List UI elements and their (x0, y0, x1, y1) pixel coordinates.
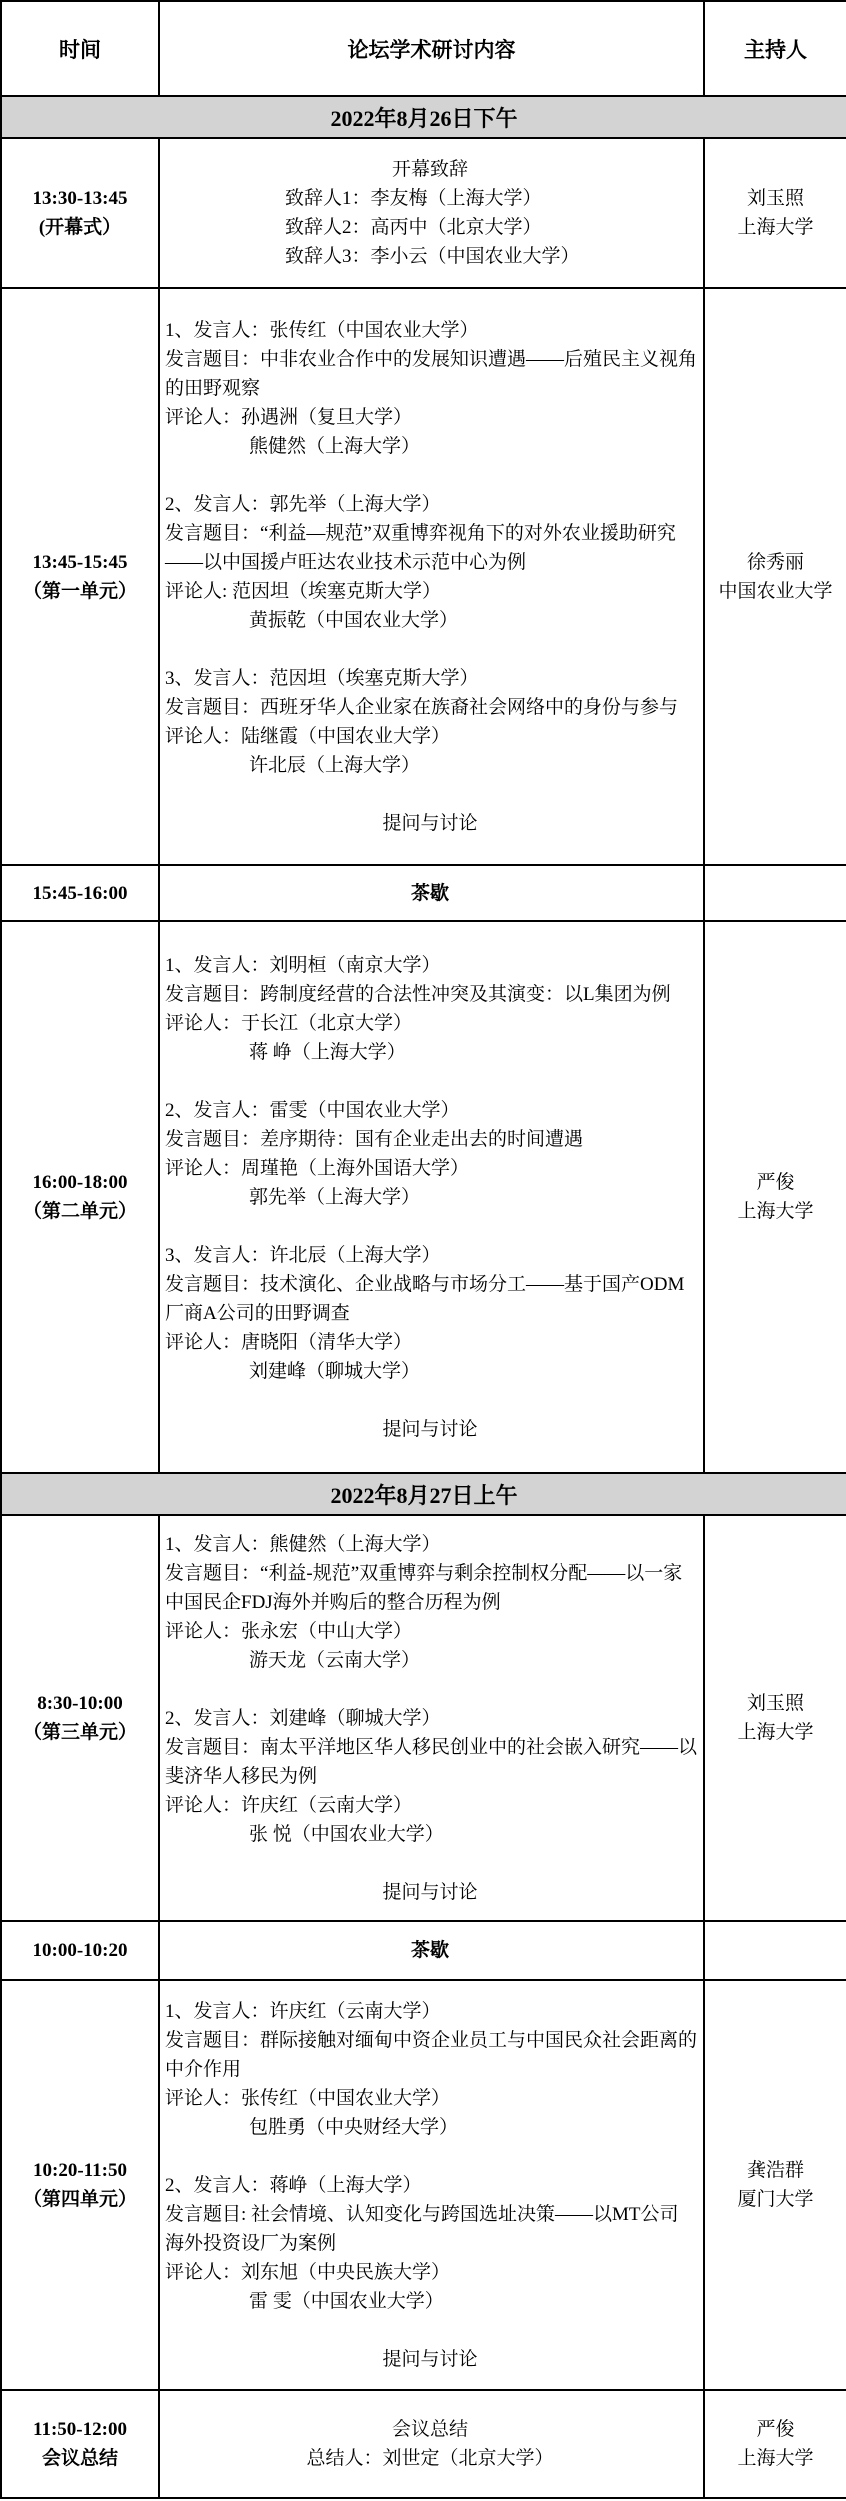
session-row: 13:30-13:45(开幕式）开幕致辞致辞人1：李友梅（上海大学）致辞人2：高… (1, 138, 846, 288)
time-line: 11:50-12:00 (4, 2415, 156, 2444)
host-line: 中国农业大学 (707, 577, 844, 606)
content-line: 提问与讨论 (163, 809, 697, 838)
host-line: 刘玉照 (707, 1689, 844, 1718)
host-cell (704, 865, 846, 921)
content-cell: 1、发言人：熊健然（上海大学）发言题目：“利益-规范”双重博弈与剩余控制权分配—… (159, 1515, 704, 1921)
content-line: 2、发言人：雷雯（中国农业大学） (163, 1096, 697, 1125)
content-gap (163, 2316, 697, 2345)
header-host: 主持人 (704, 1, 846, 96)
time-line: 13:45-15:45 (4, 548, 156, 577)
content-line: 评论人：孙遇洲（复旦大学） (163, 403, 697, 432)
session-row: 11:50-12:00会议总结会议总结总结人：刘世定（北京大学）严俊上海大学 (1, 2390, 846, 2498)
content-line: 许北辰（上海大学） (163, 751, 697, 780)
agenda-table: 时间 论坛学术研讨内容 主持人 2022年8月26日下午13:30-13:45(… (0, 0, 846, 2499)
time-line: （第三单元） (4, 1718, 156, 1747)
host-cell: 徐秀丽中国农业大学 (704, 288, 846, 865)
content-cell: 会议总结总结人：刘世定（北京大学） (159, 2390, 704, 2498)
session-row: 13:45-15:45（第一单元）1、发言人：张传红（中国农业大学）发言题目：中… (1, 288, 846, 865)
content-line: 提问与讨论 (163, 1415, 697, 1444)
time-cell: 13:30-13:45(开幕式） (1, 138, 159, 288)
time-line: （第四单元） (4, 2185, 156, 2214)
content-line: 评论人：于长江（北京大学） (163, 1009, 697, 1038)
content-cell: 1、发言人：张传红（中国农业大学）发言题目：中非农业合作中的发展知识遭遇——后殖… (159, 288, 704, 865)
content-line: 致辞人3：李小云（中国农业大学） (163, 242, 697, 271)
content-line: 熊健然（上海大学） (163, 432, 697, 461)
content-line: 发言题目：差序期待：国有企业走出去的时间遭遇 (163, 1125, 697, 1154)
content-line: 茶歇 (163, 879, 697, 908)
content-line: 包胜勇（中央财经大学） (163, 2113, 697, 2142)
content-line: 发言题目：跨制度经营的合法性冲突及其演变：以L集团为例 (163, 980, 697, 1009)
content-line: 蒋 峥（上海大学） (163, 1038, 697, 1067)
content-gap (163, 780, 697, 809)
date-section-label: 2022年8月27日上午 (1, 1473, 846, 1515)
time-cell: 13:45-15:45（第一单元） (1, 288, 159, 865)
content-cell: 茶歇 (159, 1921, 704, 1980)
host-cell: 龚浩群厦门大学 (704, 1980, 846, 2390)
content-cell: 开幕致辞致辞人1：李友梅（上海大学）致辞人2：高丙中（北京大学）致辞人3：李小云… (159, 138, 704, 288)
content-line: 发言题目：西班牙华人企业家在族裔社会网络中的身份与参与 (163, 693, 697, 722)
host-line: 严俊 (707, 2415, 844, 2444)
content-line: 1、发言人：许庆红（云南大学） (163, 1997, 697, 2026)
host-line: 龚浩群 (707, 2156, 844, 2185)
content-gap (163, 1067, 697, 1096)
time-cell: 11:50-12:00会议总结 (1, 2390, 159, 2498)
content-line: 致辞人2：高丙中（北京大学） (163, 213, 697, 242)
host-cell: 刘玉照上海大学 (704, 138, 846, 288)
host-cell: 刘玉照上海大学 (704, 1515, 846, 1921)
session-row: 8:30-10:00（第三单元）1、发言人：熊健然（上海大学）发言题目：“利益-… (1, 1515, 846, 1921)
session-row: 15:45-16:00茶歇 (1, 865, 846, 921)
time-line: (开幕式） (4, 213, 156, 242)
time-line: 10:00-10:20 (4, 1936, 156, 1965)
content-line: 总结人：刘世定（北京大学） (163, 2444, 697, 2473)
content-line: 开幕致辞 (163, 155, 697, 184)
content-gap (163, 1849, 697, 1878)
time-line: 10:20-11:50 (4, 2156, 156, 2185)
date-section-label: 2022年8月26日下午 (1, 96, 846, 138)
content-line: 提问与讨论 (163, 1878, 697, 1907)
host-cell: 严俊上海大学 (704, 2390, 846, 2498)
content-gap (163, 1386, 697, 1415)
content-line: 评论人：张传红（中国农业大学） (163, 2084, 697, 2113)
host-line: 上海大学 (707, 2444, 844, 2473)
schedule-table-body: 2022年8月26日下午13:30-13:45(开幕式）开幕致辞致辞人1：李友梅… (1, 96, 846, 2498)
content-line: 发言题目：中非农业合作中的发展知识遭遇——后殖民主义视角的田野观察 (163, 345, 697, 403)
host-cell (704, 1921, 846, 1980)
content-line: 评论人：陆继霞（中国农业大学） (163, 722, 697, 751)
content-line: 发言题目: 社会情境、认知变化与跨国选址决策——以MT公司海外投资设厂为案例 (163, 2200, 697, 2258)
host-line: 上海大学 (707, 213, 844, 242)
content-line: 发言题目：群际接触对缅甸中资企业员工与中国民众社会距离的中介作用 (163, 2026, 697, 2084)
content-line: 评论人：周瑾艳（上海外国语大学） (163, 1154, 697, 1183)
content-cell: 茶歇 (159, 865, 704, 921)
content-line: 致辞人1：李友梅（上海大学） (163, 184, 697, 213)
content-line: 评论人：张永宏（中山大学） (163, 1617, 697, 1646)
content-line: 1、发言人：熊健然（上海大学） (163, 1530, 697, 1559)
time-cell: 10:00-10:20 (1, 1921, 159, 1980)
content-line: 评论人: 范因坦（埃塞克斯大学） (163, 577, 697, 606)
content-cell: 1、发言人：许庆红（云南大学）发言题目：群际接触对缅甸中资企业员工与中国民众社会… (159, 1980, 704, 2390)
content-line: 刘建峰（聊城大学） (163, 1357, 697, 1386)
time-line: 15:45-16:00 (4, 879, 156, 908)
time-line: （第一单元） (4, 577, 156, 606)
content-line: 发言题目：技术演化、企业战略与市场分工——基于国产ODM厂商A公司的田野调查 (163, 1270, 697, 1328)
table-header: 时间 论坛学术研讨内容 主持人 (1, 1, 846, 96)
header-time: 时间 (1, 1, 159, 96)
session-row: 16:00-18:00（第二单元）1、发言人：刘明桓（南京大学）发言题目：跨制度… (1, 921, 846, 1473)
header-content: 论坛学术研讨内容 (159, 1, 704, 96)
time-cell: 8:30-10:00（第三单元） (1, 1515, 159, 1921)
content-line: 雷 雯（中国农业大学） (163, 2287, 697, 2316)
time-line: （第二单元） (4, 1197, 156, 1226)
time-line: 会议总结 (4, 2444, 156, 2473)
session-row: 10:20-11:50（第四单元）1、发言人：许庆红（云南大学）发言题目：群际接… (1, 1980, 846, 2390)
content-line: 评论人：唐晓阳（清华大学） (163, 1328, 697, 1357)
content-line: 发言题目：“利益-规范”双重博弈与剩余控制权分配——以一家中国民企FDJ海外并购… (163, 1559, 697, 1617)
host-line: 刘玉照 (707, 184, 844, 213)
content-gap (163, 635, 697, 664)
content-line: 郭先举（上海大学） (163, 1183, 697, 1212)
host-line: 上海大学 (707, 1718, 844, 1747)
content-line: 3、发言人：范因坦（埃塞克斯大学） (163, 664, 697, 693)
content-line: 游天龙（云南大学） (163, 1646, 697, 1675)
content-line: 发言题目：“利益—规范”双重博弈视角下的对外农业援助研究——以中国援卢旺达农业技… (163, 519, 697, 577)
content-line: 张 悦（中国农业大学） (163, 1820, 697, 1849)
date-section-row: 2022年8月27日上午 (1, 1473, 846, 1515)
content-line: 茶歇 (163, 1936, 697, 1965)
header-row: 时间 论坛学术研讨内容 主持人 (1, 1, 846, 96)
content-line: 评论人：许庆红（云南大学） (163, 1791, 697, 1820)
agenda-page: 时间 论坛学术研讨内容 主持人 2022年8月26日下午13:30-13:45(… (0, 0, 846, 2499)
content-line: 1、发言人：刘明桓（南京大学） (163, 951, 697, 980)
content-line: 2、发言人：刘建峰（聊城大学） (163, 1704, 697, 1733)
host-line: 厦门大学 (707, 2185, 844, 2214)
date-section-row: 2022年8月26日下午 (1, 96, 846, 138)
time-cell: 15:45-16:00 (1, 865, 159, 921)
content-line: 会议总结 (163, 2415, 697, 2444)
content-gap (163, 461, 697, 490)
session-row: 10:00-10:20茶歇 (1, 1921, 846, 1980)
time-line: 16:00-18:00 (4, 1168, 156, 1197)
content-gap (163, 2142, 697, 2171)
content-gap (163, 1212, 697, 1241)
content-line: 2、发言人：蒋峥（上海大学） (163, 2171, 697, 2200)
time-cell: 16:00-18:00（第二单元） (1, 921, 159, 1473)
content-cell: 1、发言人：刘明桓（南京大学）发言题目：跨制度经营的合法性冲突及其演变：以L集团… (159, 921, 704, 1473)
time-cell: 10:20-11:50（第四单元） (1, 1980, 159, 2390)
time-line: 8:30-10:00 (4, 1689, 156, 1718)
content-line: 评论人：刘东旭（中央民族大学） (163, 2258, 697, 2287)
content-line: 黄振乾（中国农业大学） (163, 606, 697, 635)
host-line: 上海大学 (707, 1197, 844, 1226)
content-line: 3、发言人：许北辰（上海大学） (163, 1241, 697, 1270)
content-gap (163, 1675, 697, 1704)
content-line: 1、发言人：张传红（中国农业大学） (163, 316, 697, 345)
host-cell: 严俊上海大学 (704, 921, 846, 1473)
content-line: 发言题目：南太平洋地区华人移民创业中的社会嵌入研究——以斐济华人移民为例 (163, 1733, 697, 1791)
content-line: 2、发言人：郭先举（上海大学） (163, 490, 697, 519)
time-line: 13:30-13:45 (4, 184, 156, 213)
content-line: 提问与讨论 (163, 2345, 697, 2374)
host-line: 严俊 (707, 1168, 844, 1197)
host-line: 徐秀丽 (707, 548, 844, 577)
